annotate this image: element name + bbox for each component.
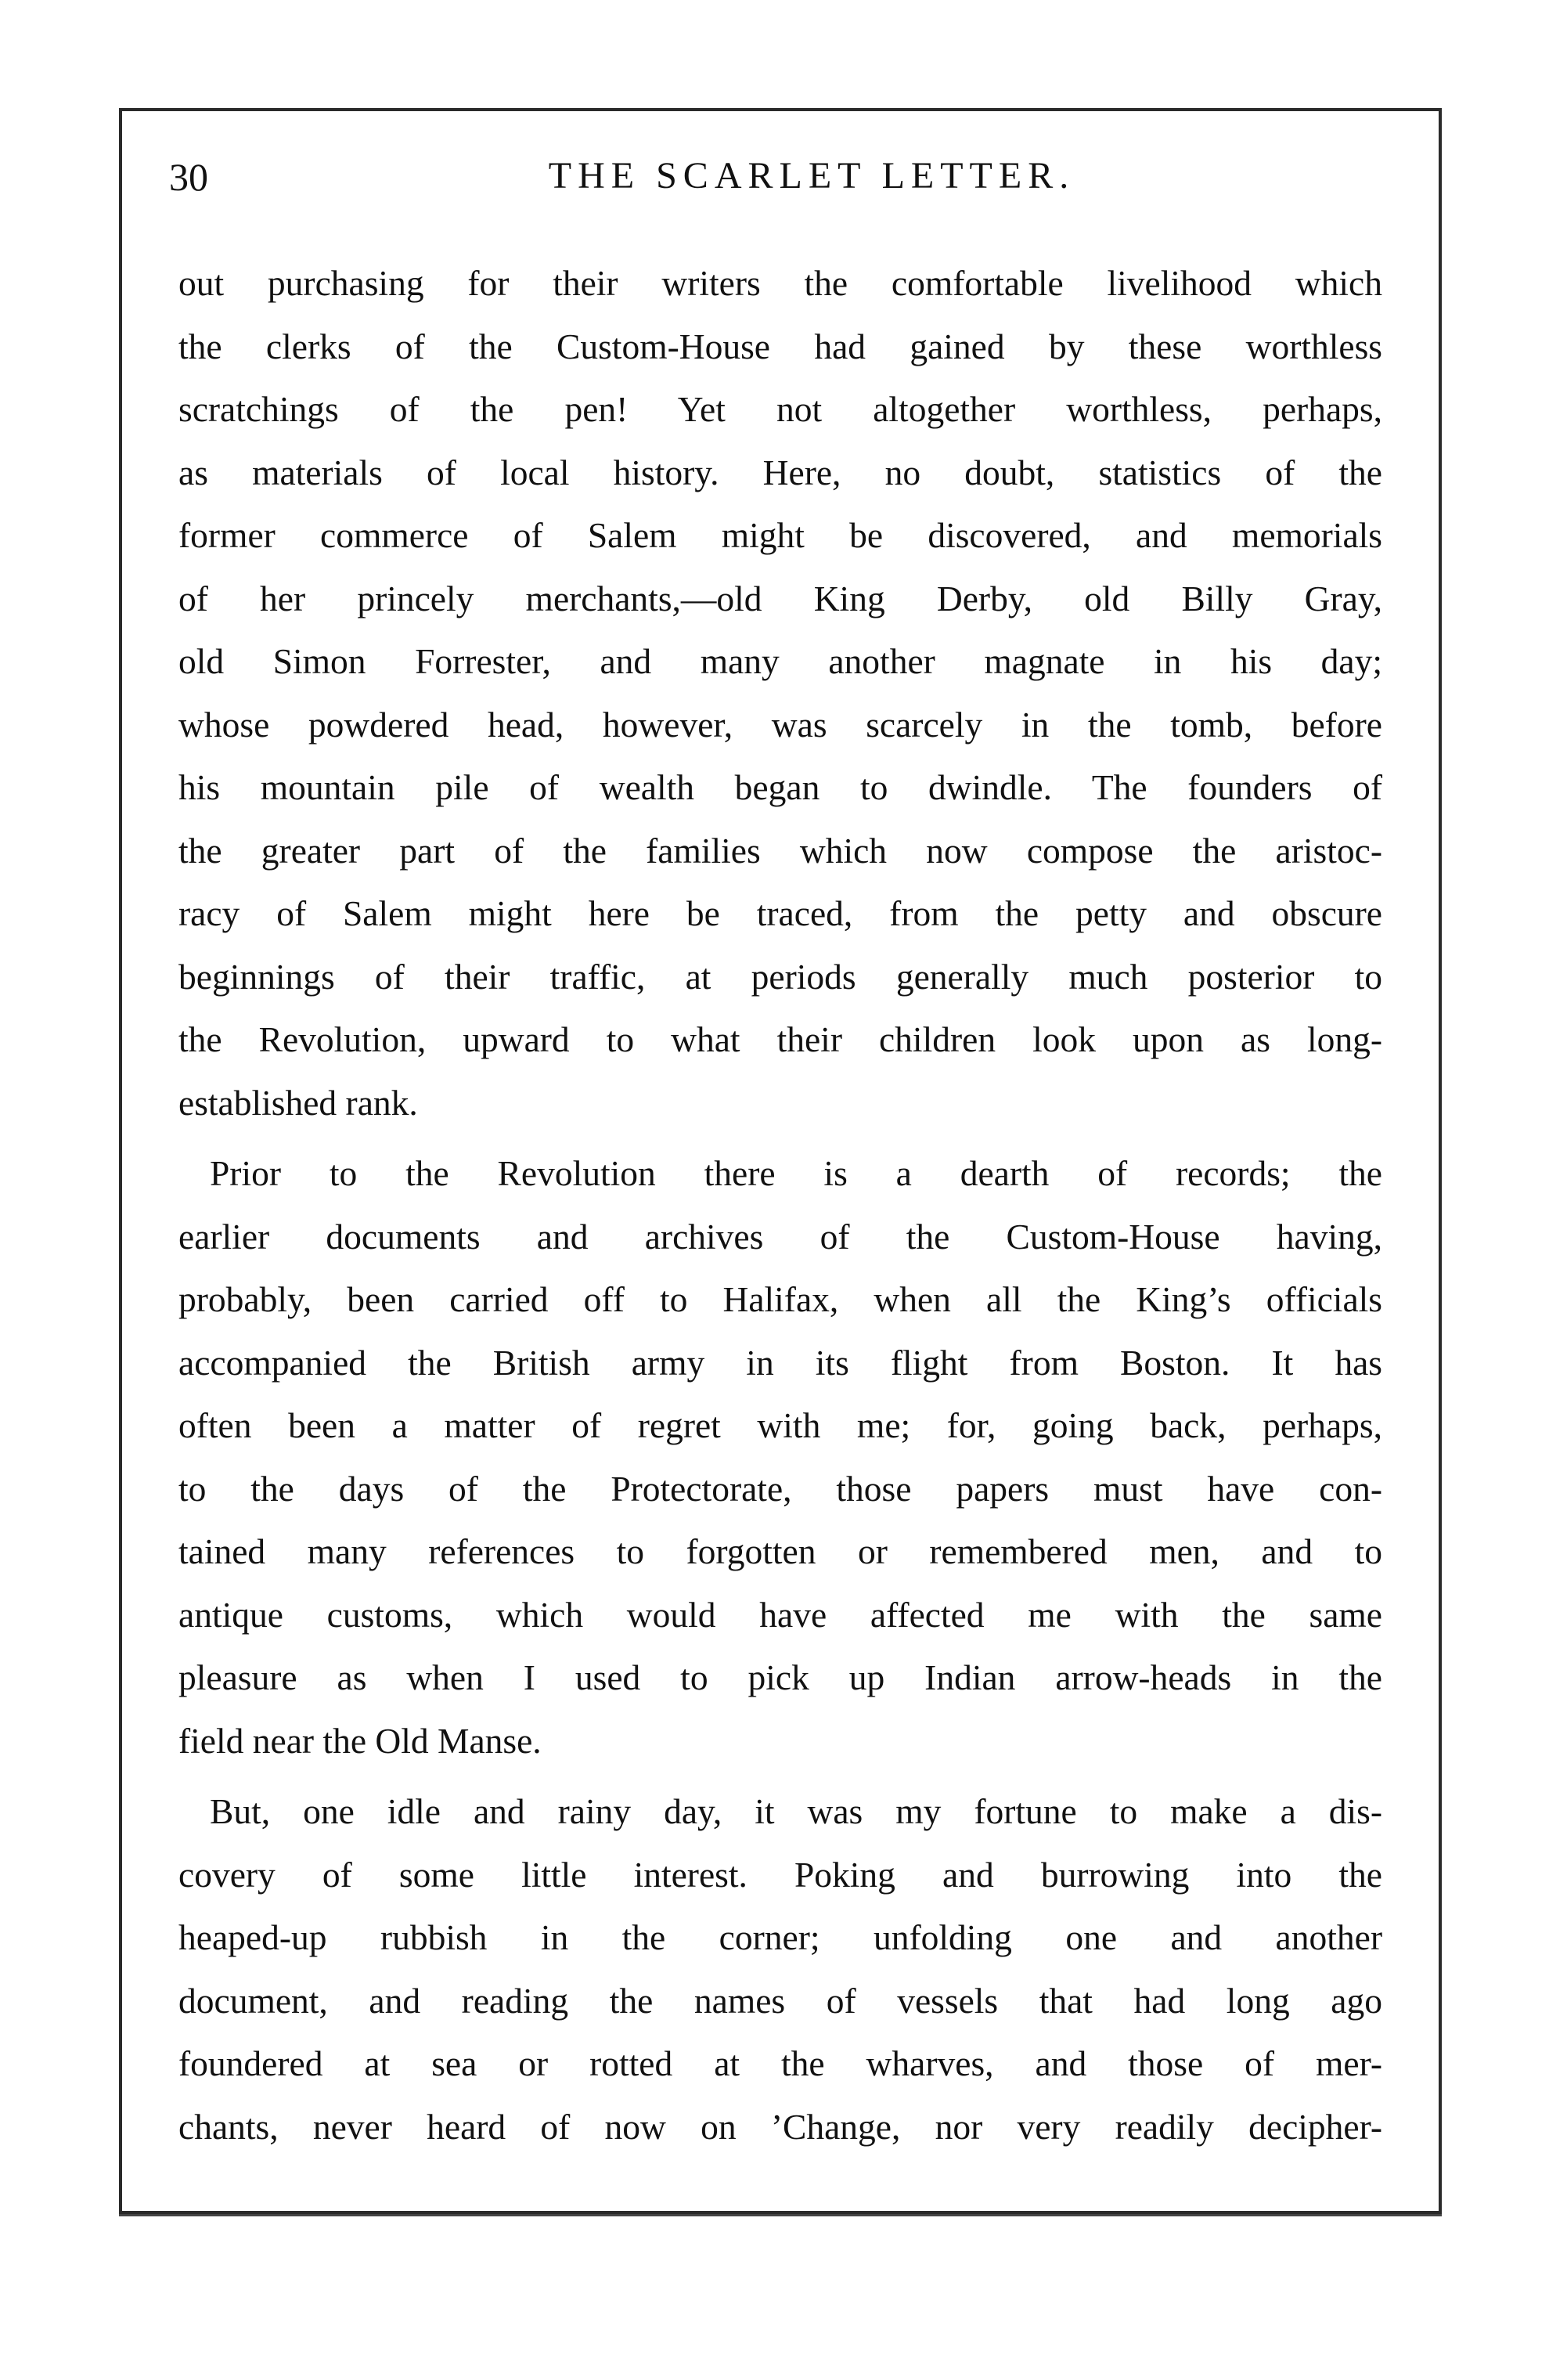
text-line: tained many references to forgotten or r… xyxy=(178,1520,1382,1584)
text-line: out purchasing for their writers the com… xyxy=(178,252,1382,316)
page-border: 30 THE SCARLET LETTER. out purchasing fo… xyxy=(119,108,1442,2214)
text-line: of her princely merchants,—old King Derb… xyxy=(178,568,1382,631)
text-line: But, one idle and rainy day, it was my f… xyxy=(178,1780,1382,1844)
text-line: racy of Salem might here be traced, from… xyxy=(178,882,1382,946)
text-line: covery of some little interest. Poking a… xyxy=(178,1844,1382,1907)
paragraph-gap xyxy=(178,1134,1382,1142)
text-line: foundered at sea or rotted at the wharve… xyxy=(178,2032,1382,2096)
text-line: antique customs, which would have affect… xyxy=(178,1584,1382,1647)
text-line: field near the Old Manse. xyxy=(178,1710,1382,1773)
text-line: earlier documents and archives of the Cu… xyxy=(178,1206,1382,1269)
text-line: former commerce of Salem might be discov… xyxy=(178,504,1382,568)
text-line: whose powdered head, however, was scarce… xyxy=(178,694,1382,757)
text-line: as materials of local history. Here, no … xyxy=(178,442,1382,505)
text-line: document, and reading the names of vesse… xyxy=(178,1970,1382,2033)
body-text: out purchasing for their writers the com… xyxy=(178,252,1382,2158)
running-title: THE SCARLET LETTER. xyxy=(122,154,1439,197)
text-line: to the days of the Protectorate, those p… xyxy=(178,1458,1382,1521)
text-line: pleasure as when I used to pick up India… xyxy=(178,1646,1382,1710)
text-line: scratchings of the pen! Yet not altogeth… xyxy=(178,378,1382,442)
paragraph-gap xyxy=(178,1772,1382,1780)
text-line: the greater part of the families which n… xyxy=(178,820,1382,883)
paragraph-1: out purchasing for their writers the com… xyxy=(178,252,1382,1134)
paragraph-2: Prior to the Revolution there is a deart… xyxy=(178,1142,1382,1772)
text-line: often been a matter of regret with me; f… xyxy=(178,1394,1382,1458)
page-header: 30 THE SCARLET LETTER. xyxy=(122,154,1439,209)
text-line: probably, been carried off to Halifax, w… xyxy=(178,1268,1382,1332)
text-line: established rank. xyxy=(178,1072,1382,1135)
text-line: his mountain pile of wealth began to dwi… xyxy=(178,756,1382,820)
text-line: the clerks of the Custom-House had gaine… xyxy=(178,316,1382,379)
text-line: accompanied the British army in its flig… xyxy=(178,1332,1382,1395)
text-line: old Simon Forrester, and many another ma… xyxy=(178,630,1382,694)
text-line: beginnings of their traffic, at periods … xyxy=(178,946,1382,1009)
text-line: chants, never heard of now on ’Change, n… xyxy=(178,2096,1382,2159)
text-line: the Revolution, upward to what their chi… xyxy=(178,1008,1382,1072)
text-line: heaped-up rubbish in the corner; unfoldi… xyxy=(178,1906,1382,1970)
text-line: Prior to the Revolution there is a deart… xyxy=(178,1142,1382,1206)
paragraph-3: But, one idle and rainy day, it was my f… xyxy=(178,1780,1382,2158)
